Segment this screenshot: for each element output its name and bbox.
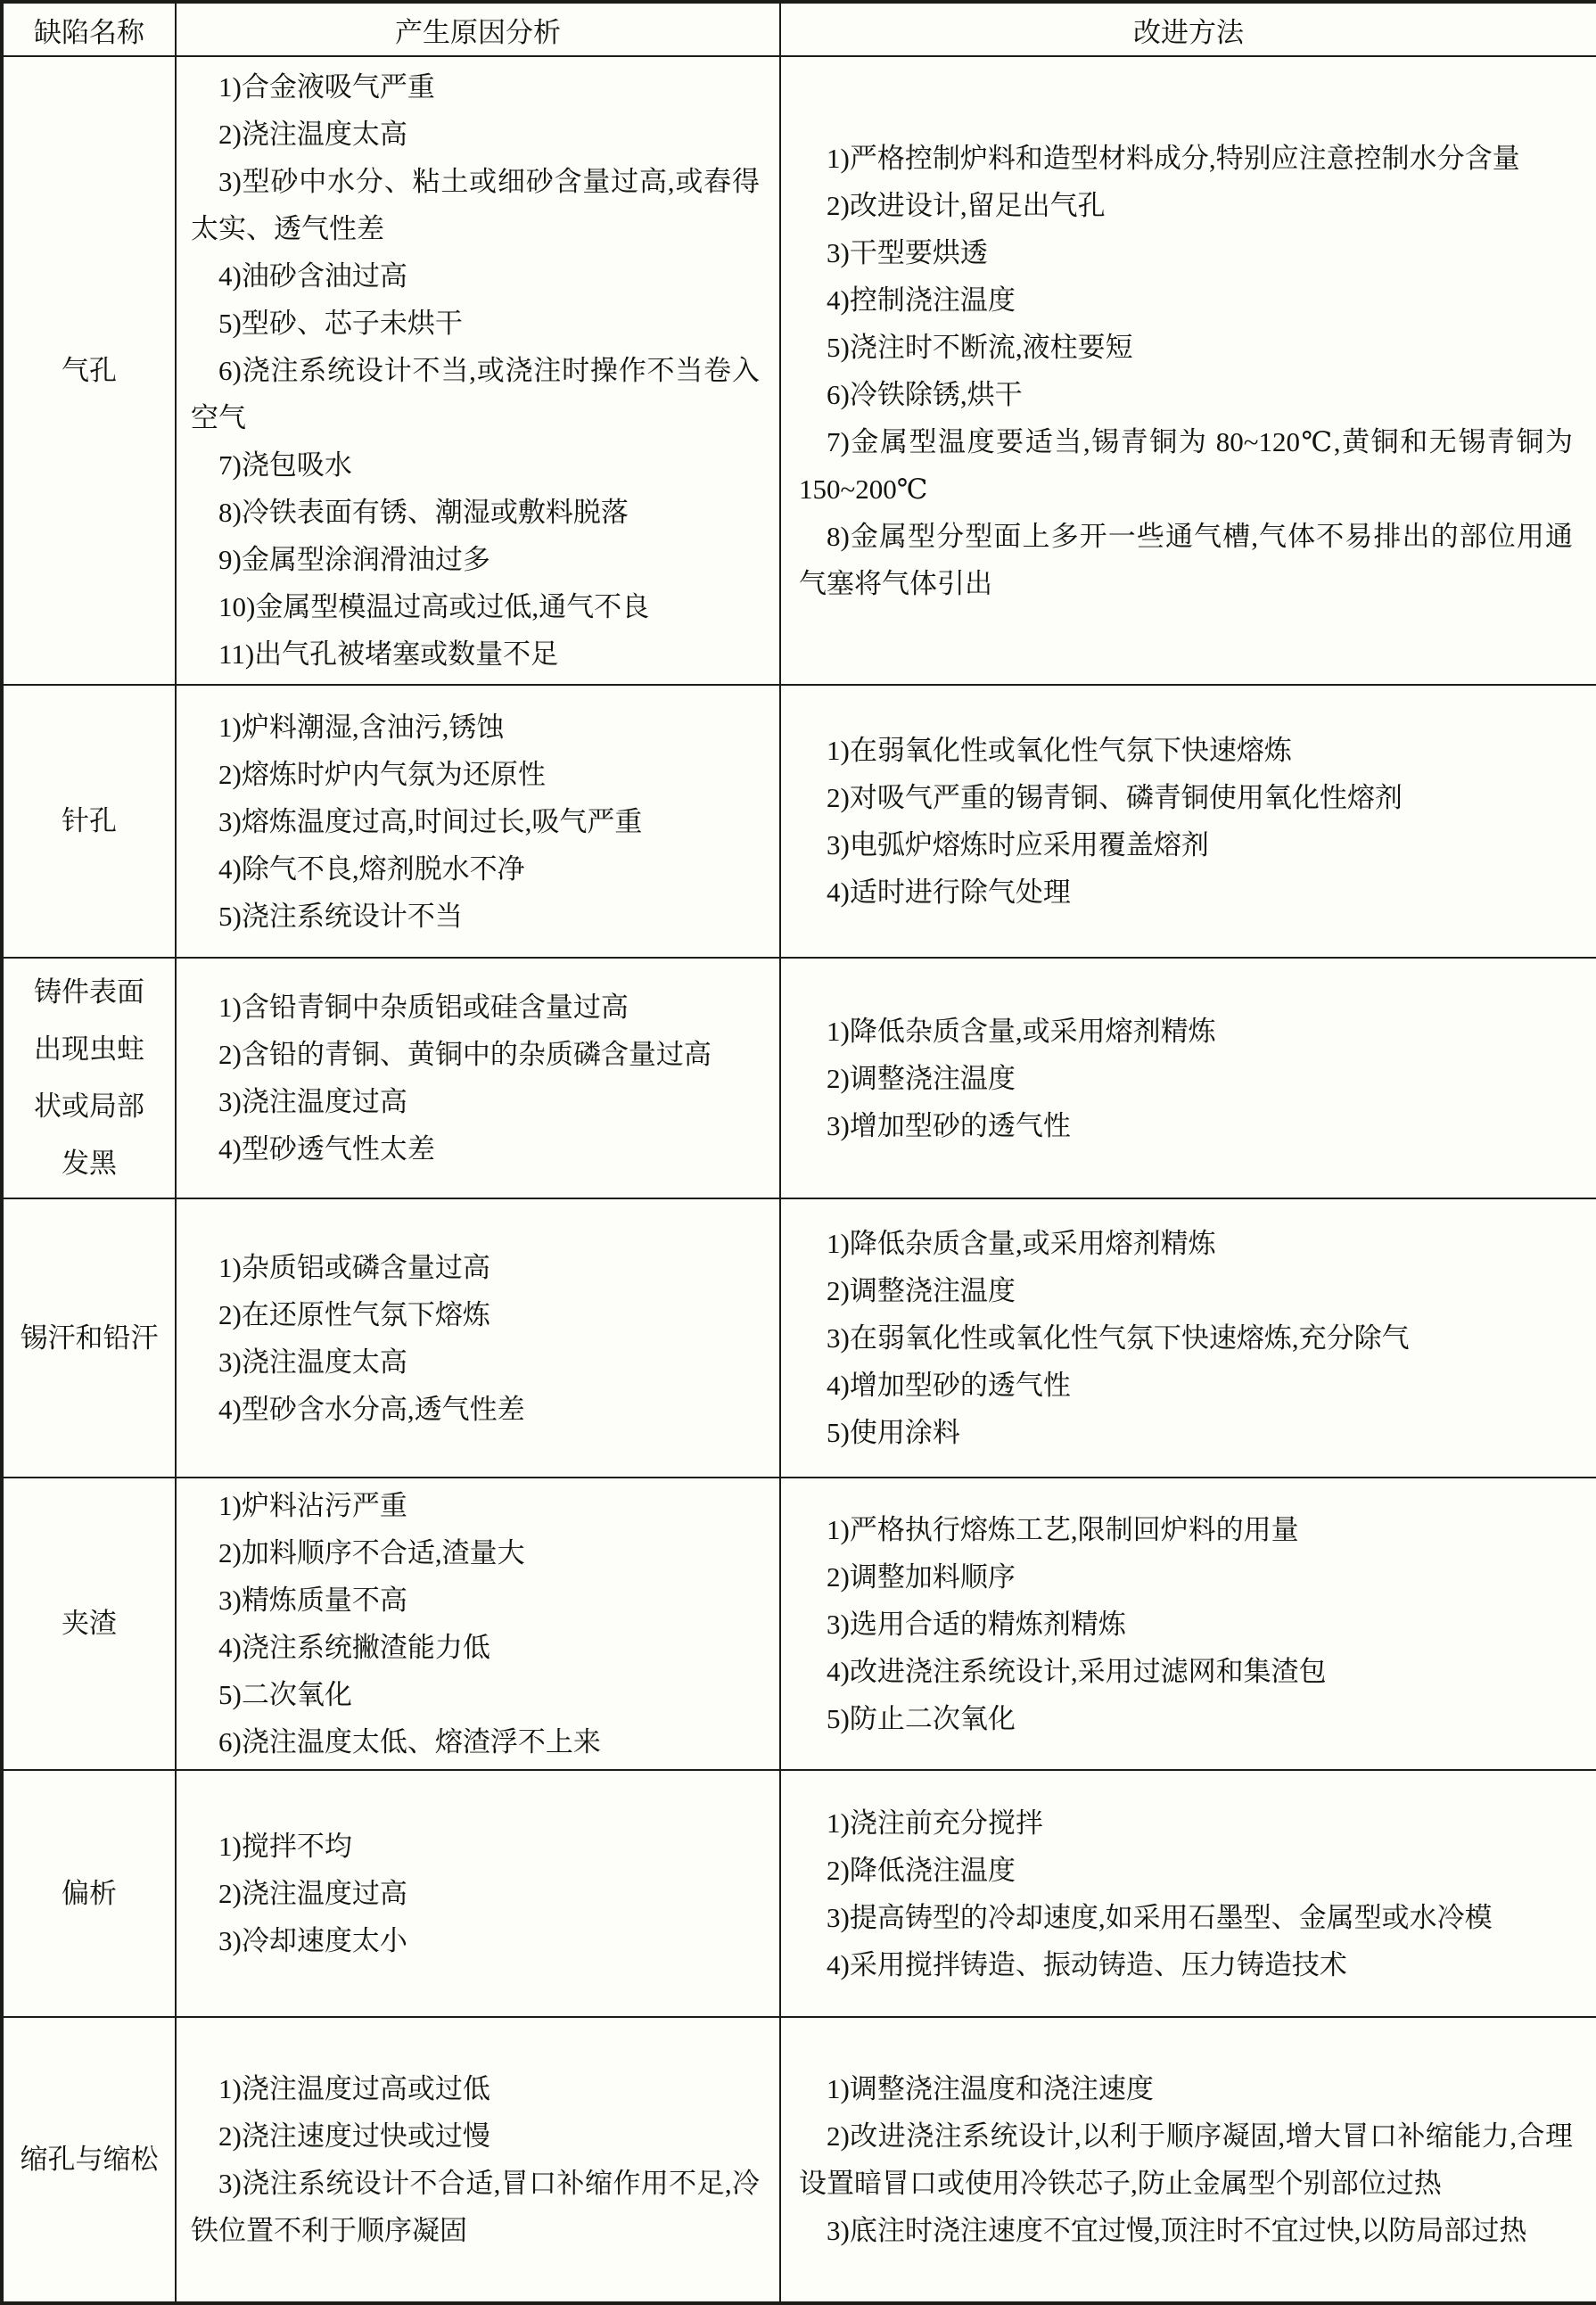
method-item: 2)调整浇注温度 (799, 1055, 1573, 1102)
defect-name: 偏析 (62, 1873, 117, 1915)
cause-item: 9)金属型涂润滑油过多 (191, 536, 760, 583)
method-item: 3)底注时浇注速度不宜过慢,顶注时不宜过快,以防局部过热 (799, 2207, 1573, 2254)
cause-item: 2)熔炼时炉内气氛为还原性 (191, 751, 760, 798)
cause-item: 1)炉料沾污严重 (191, 1482, 760, 1529)
method-item: 3)干型要烘透 (799, 229, 1573, 276)
method-item: 2)改进设计,留足出气孔 (799, 182, 1573, 229)
cause-analysis-cell: 1)搅拌不均2)浇注温度过高3)冷却速度太小 (176, 1770, 780, 2017)
cause-analysis-cell: 1)浇注温度过高或过低2)浇注速度过快或过慢3)浇注系统设计不合适,冒口补缩作用… (176, 2017, 780, 2303)
cause-item: 2)加料顺序不合适,渣量大 (191, 1529, 760, 1576)
defect-name-cell: 锡汗和铅汗 (2, 1198, 176, 1478)
method-item: 3)增加型砂的透气性 (799, 1102, 1573, 1149)
method-item: 4)增加型砂的透气性 (799, 1362, 1573, 1409)
method-item: 1)调整浇注温度和浇注速度 (799, 2065, 1573, 2112)
defect-table-body: 气孔1)合金液吸气严重2)浇注温度太高3)型砂中水分、粘土或细砂含量过高,或舂得… (2, 56, 1596, 2303)
cause-item: 2)浇注温度过高 (191, 1870, 760, 1917)
cause-item: 10)金属型模温过高或过低,通气不良 (191, 583, 760, 630)
cause-item: 5)型砂、芯子未烘干 (191, 300, 760, 347)
method-item: 4)改进浇注系统设计,采用过滤网和集渣包 (799, 1648, 1573, 1695)
method-item: 1)在弱氧化性或氧化性气氛下快速熔炼 (799, 727, 1573, 774)
method-item: 3)在弱氧化性或氧化性气氛下快速熔炼,充分除气 (799, 1314, 1573, 1362)
header-row: 缺陷名称 产生原因分析 改进方法 (2, 2, 1596, 56)
improvement-method-cell: 1)严格执行熔炼工艺,限制回炉料的用量2)调整加料顺序3)选用合适的精炼剂精炼4… (780, 1478, 1596, 1770)
cause-analysis-cell: 1)合金液吸气严重2)浇注温度太高3)型砂中水分、粘土或细砂含量过高,或舂得太实… (176, 56, 780, 685)
cause-item: 4)油砂含油过高 (191, 252, 760, 300)
method-item: 5)使用涂料 (799, 1409, 1573, 1456)
cause-item: 6)浇注系统设计不当,或浇注时操作不当卷入空气 (191, 347, 760, 441)
table-row: 气孔1)合金液吸气严重2)浇注温度太高3)型砂中水分、粘土或细砂含量过高,或舂得… (2, 56, 1596, 685)
defect-name: 缩孔与缩松 (21, 2138, 159, 2181)
method-item: 1)严格控制炉料和造型材料成分,特别应注意控制水分含量 (799, 135, 1573, 182)
table-row: 铸件表面出现虫蛀状或局部发黑1)含铅青铜中杂质铝或硅含量过高2)含铅的青铜、黄铜… (2, 958, 1596, 1198)
table-row: 缩孔与缩松1)浇注温度过高或过低2)浇注速度过快或过慢3)浇注系统设计不合适,冒… (2, 2017, 1596, 2303)
method-item: 1)严格执行熔炼工艺,限制回炉料的用量 (799, 1506, 1573, 1553)
method-item: 4)适时进行除气处理 (799, 868, 1573, 916)
cause-item: 3)精炼质量不高 (191, 1576, 760, 1624)
method-item: 2)调整浇注温度 (799, 1267, 1573, 1314)
defect-name: 锡汗和铅汗 (21, 1317, 159, 1360)
defect-name: 夹渣 (62, 1602, 117, 1645)
cause-item: 3)型砂中水分、粘土或细砂含量过高,或舂得太实、透气性差 (191, 158, 760, 252)
improvement-method-cell: 1)浇注前充分搅拌2)降低浇注温度3)提高铸型的冷却速度,如采用石墨型、金属型或… (780, 1770, 1596, 2017)
improvement-method-cell: 1)降低杂质含量,或采用熔剂精炼2)调整浇注温度3)增加型砂的透气性 (780, 958, 1596, 1198)
cause-item: 1)浇注温度过高或过低 (191, 2065, 760, 2112)
method-item: 8)金属型分型面上多开一些通气槽,气体不易排出的部位用通气塞将气体引出 (799, 513, 1573, 607)
method-item: 7)金属型温度要适当,锡青铜为 80~120℃,黄铜和无锡青铜为 150~200… (799, 418, 1573, 513)
method-item: 3)提高铸型的冷却速度,如采用石墨型、金属型或水冷模 (799, 1894, 1573, 1941)
header-improvement-method: 改进方法 (780, 2, 1596, 56)
defect-name-cell: 缩孔与缩松 (2, 2017, 176, 2303)
cause-analysis-cell: 1)含铅青铜中杂质铝或硅含量过高2)含铅的青铜、黄铜中的杂质磷含量过高3)浇注温… (176, 958, 780, 1198)
method-item: 2)改进浇注系统设计,以利于顺序凝固,增大冒口补缩能力,合理设置暗冒口或使用冷铁… (799, 2112, 1573, 2207)
defect-name-cell: 铸件表面出现虫蛀状或局部发黑 (2, 958, 176, 1198)
cause-item: 4)型砂透气性太差 (191, 1125, 760, 1173)
improvement-method-cell: 1)在弱氧化性或氧化性气氛下快速熔炼2)对吸气严重的锡青铜、磷青铜使用氧化性熔剂… (780, 685, 1596, 958)
cause-item: 5)浇注系统设计不当 (191, 893, 760, 940)
method-item: 1)降低杂质含量,或采用熔剂精炼 (799, 1008, 1573, 1055)
cause-item: 3)浇注温度太高 (191, 1338, 760, 1386)
defect-name: 针孔 (62, 800, 117, 843)
cause-item: 3)冷却速度太小 (191, 1917, 760, 1964)
header-defect-name: 缺陷名称 (2, 2, 176, 56)
cause-item: 2)浇注速度过快或过慢 (191, 2112, 760, 2160)
table-row: 夹渣1)炉料沾污严重2)加料顺序不合适,渣量大3)精炼质量不高4)浇注系统撇渣能… (2, 1478, 1596, 1770)
cause-item: 2)浇注温度太高 (191, 111, 760, 158)
cause-item: 1)杂质铝或磷含量过高 (191, 1244, 760, 1291)
defect-name-cell: 针孔 (2, 685, 176, 958)
cause-item: 2)含铅的青铜、黄铜中的杂质磷含量过高 (191, 1031, 760, 1078)
table-row: 锡汗和铅汗1)杂质铝或磷含量过高2)在还原性气氛下熔炼3)浇注温度太高4)型砂含… (2, 1198, 1596, 1478)
cause-item: 4)除气不良,熔剂脱水不净 (191, 845, 760, 893)
method-item: 1)降低杂质含量,或采用熔剂精炼 (799, 1220, 1573, 1267)
cause-analysis-cell: 1)炉料沾污严重2)加料顺序不合适,渣量大3)精炼质量不高4)浇注系统撇渣能力低… (176, 1478, 780, 1770)
cause-analysis-cell: 1)杂质铝或磷含量过高2)在还原性气氛下熔炼3)浇注温度太高4)型砂含水分高,透… (176, 1198, 780, 1478)
cause-item: 1)搅拌不均 (191, 1823, 760, 1870)
method-item: 1)浇注前充分搅拌 (799, 1799, 1573, 1847)
cause-item: 4)型砂含水分高,透气性差 (191, 1386, 760, 1433)
method-item: 2)对吸气严重的锡青铜、磷青铜使用氧化性熔剂 (799, 774, 1573, 821)
cause-item: 4)浇注系统撇渣能力低 (191, 1624, 760, 1671)
cause-item: 8)冷铁表面有锈、潮湿或敷料脱落 (191, 489, 760, 536)
table-row: 偏析1)搅拌不均2)浇注温度过高3)冷却速度太小1)浇注前充分搅拌2)降低浇注温… (2, 1770, 1596, 2017)
method-item: 4)控制浇注温度 (799, 276, 1573, 324)
header-cause-analysis: 产生原因分析 (176, 2, 780, 56)
improvement-method-cell: 1)降低杂质含量,或采用熔剂精炼2)调整浇注温度3)在弱氧化性或氧化性气氛下快速… (780, 1198, 1596, 1478)
cause-item: 3)熔炼温度过高,时间过长,吸气严重 (191, 798, 760, 845)
improvement-method-cell: 1)调整浇注温度和浇注速度2)改进浇注系统设计,以利于顺序凝固,增大冒口补缩能力… (780, 2017, 1596, 2303)
defect-name-cell: 偏析 (2, 1770, 176, 2017)
defect-table: 缺陷名称 产生原因分析 改进方法 气孔1)合金液吸气严重2)浇注温度太高3)型砂… (0, 0, 1596, 2305)
table-row: 针孔1)炉料潮湿,含油污,锈蚀2)熔炼时炉内气氛为还原性3)熔炼温度过高,时间过… (2, 685, 1596, 958)
cause-analysis-cell: 1)炉料潮湿,含油污,锈蚀2)熔炼时炉内气氛为还原性3)熔炼温度过高,时间过长,… (176, 685, 780, 958)
method-item: 5)浇注时不断流,液柱要短 (799, 324, 1573, 371)
cause-item: 7)浇包吸水 (191, 441, 760, 489)
defect-name-cell: 夹渣 (2, 1478, 176, 1770)
method-item: 2)降低浇注温度 (799, 1847, 1573, 1894)
method-item: 5)防止二次氧化 (799, 1695, 1573, 1742)
method-item: 4)采用搅拌铸造、振动铸造、压力铸造技术 (799, 1941, 1573, 1988)
cause-item: 11)出气孔被堵塞或数量不足 (191, 630, 760, 678)
defect-name: 铸件表面出现虫蛀状或局部发黑 (29, 964, 150, 1192)
cause-item: 1)炉料潮湿,含油污,锈蚀 (191, 704, 760, 751)
cause-item: 2)在还原性气氛下熔炼 (191, 1291, 760, 1338)
defect-name: 气孔 (62, 350, 117, 392)
cause-item: 1)合金液吸气严重 (191, 63, 760, 111)
cause-item: 3)浇注系统设计不合适,冒口补缩作用不足,冷铁位置不利于顺序凝固 (191, 2160, 760, 2254)
defect-name-cell: 气孔 (2, 56, 176, 685)
cause-item: 5)二次氧化 (191, 1671, 760, 1718)
cause-item: 3)浇注温度过高 (191, 1078, 760, 1125)
method-item: 3)选用合适的精炼剂精炼 (799, 1601, 1573, 1648)
method-item: 6)冷铁除锈,烘干 (799, 371, 1573, 418)
improvement-method-cell: 1)严格控制炉料和造型材料成分,特别应注意控制水分含量2)改进设计,留足出气孔3… (780, 56, 1596, 685)
cause-item: 1)含铅青铜中杂质铝或硅含量过高 (191, 984, 760, 1031)
method-item: 3)电弧炉熔炼时应采用覆盖熔剂 (799, 821, 1573, 868)
method-item: 2)调整加料顺序 (799, 1553, 1573, 1601)
cause-item: 6)浇注温度太低、熔渣浮不上来 (191, 1718, 760, 1766)
